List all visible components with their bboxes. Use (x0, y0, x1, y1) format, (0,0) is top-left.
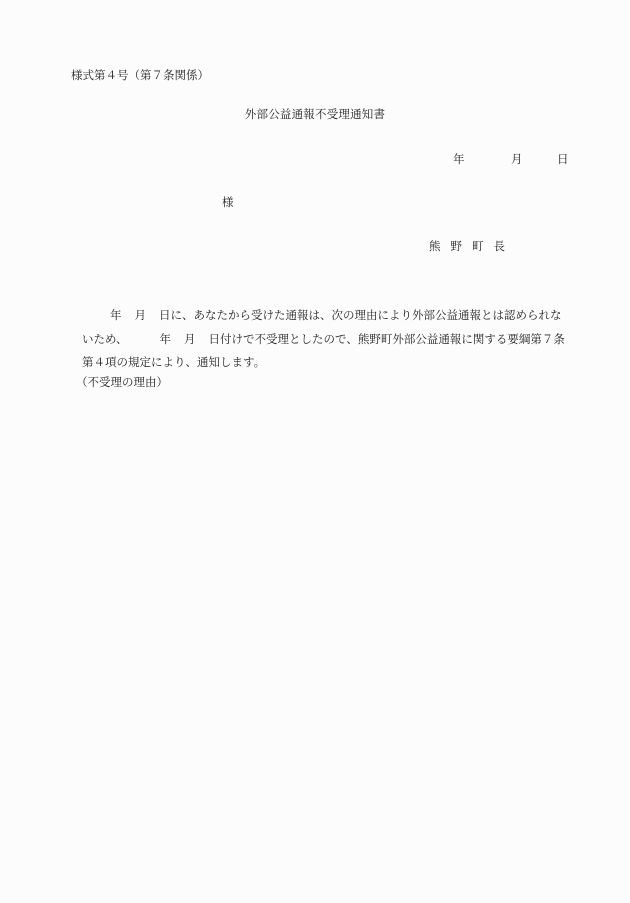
body-year-label: 年 (160, 332, 172, 346)
body-line-1: 年月日に、あなたから受けた通報は、次の理由により外部公益通報とは認められな (82, 304, 577, 328)
sender-char: 長 (494, 239, 506, 253)
date-line: 年月日 (453, 152, 569, 166)
body-line-2-text: 日付けで不受理としたので、熊野町外部公益通報に関する要綱第７条 (209, 332, 565, 346)
sender-title: 熊野町長 (429, 239, 515, 253)
body-line-3: 第４項の規定により、通知します。 (82, 351, 577, 375)
document-title: 外部公益通報不受理通知書 (0, 107, 630, 121)
date-month-label: 月 (511, 152, 557, 166)
date-day-label: 日 (557, 152, 569, 166)
addressee-suffix: 様 (222, 195, 234, 209)
notice-body: 年月日に、あなたから受けた通報は、次の理由により外部公益通報とは認められな いた… (82, 304, 577, 375)
body-line-2: いため、年月日付けで不受理としたので、熊野町外部公益通報に関する要綱第７条 (82, 328, 577, 352)
form-number: 様式第４号（第７条関係） (71, 68, 209, 82)
sender-char: 町 (472, 239, 484, 253)
sender-char: 熊 (429, 239, 441, 253)
body-month-label: 月 (184, 332, 196, 346)
date-year-label: 年 (453, 152, 511, 166)
body-year-label: 年 (110, 308, 122, 322)
body-month-label: 月 (135, 308, 147, 322)
body-line-2-lead: いため、 (82, 332, 128, 346)
body-line-1-text: 日に、あなたから受けた通報は、次の理由により外部公益通報とは認められな (159, 308, 562, 322)
sender-char: 野 (451, 239, 463, 253)
reason-heading: （不受理の理由） (76, 375, 168, 389)
